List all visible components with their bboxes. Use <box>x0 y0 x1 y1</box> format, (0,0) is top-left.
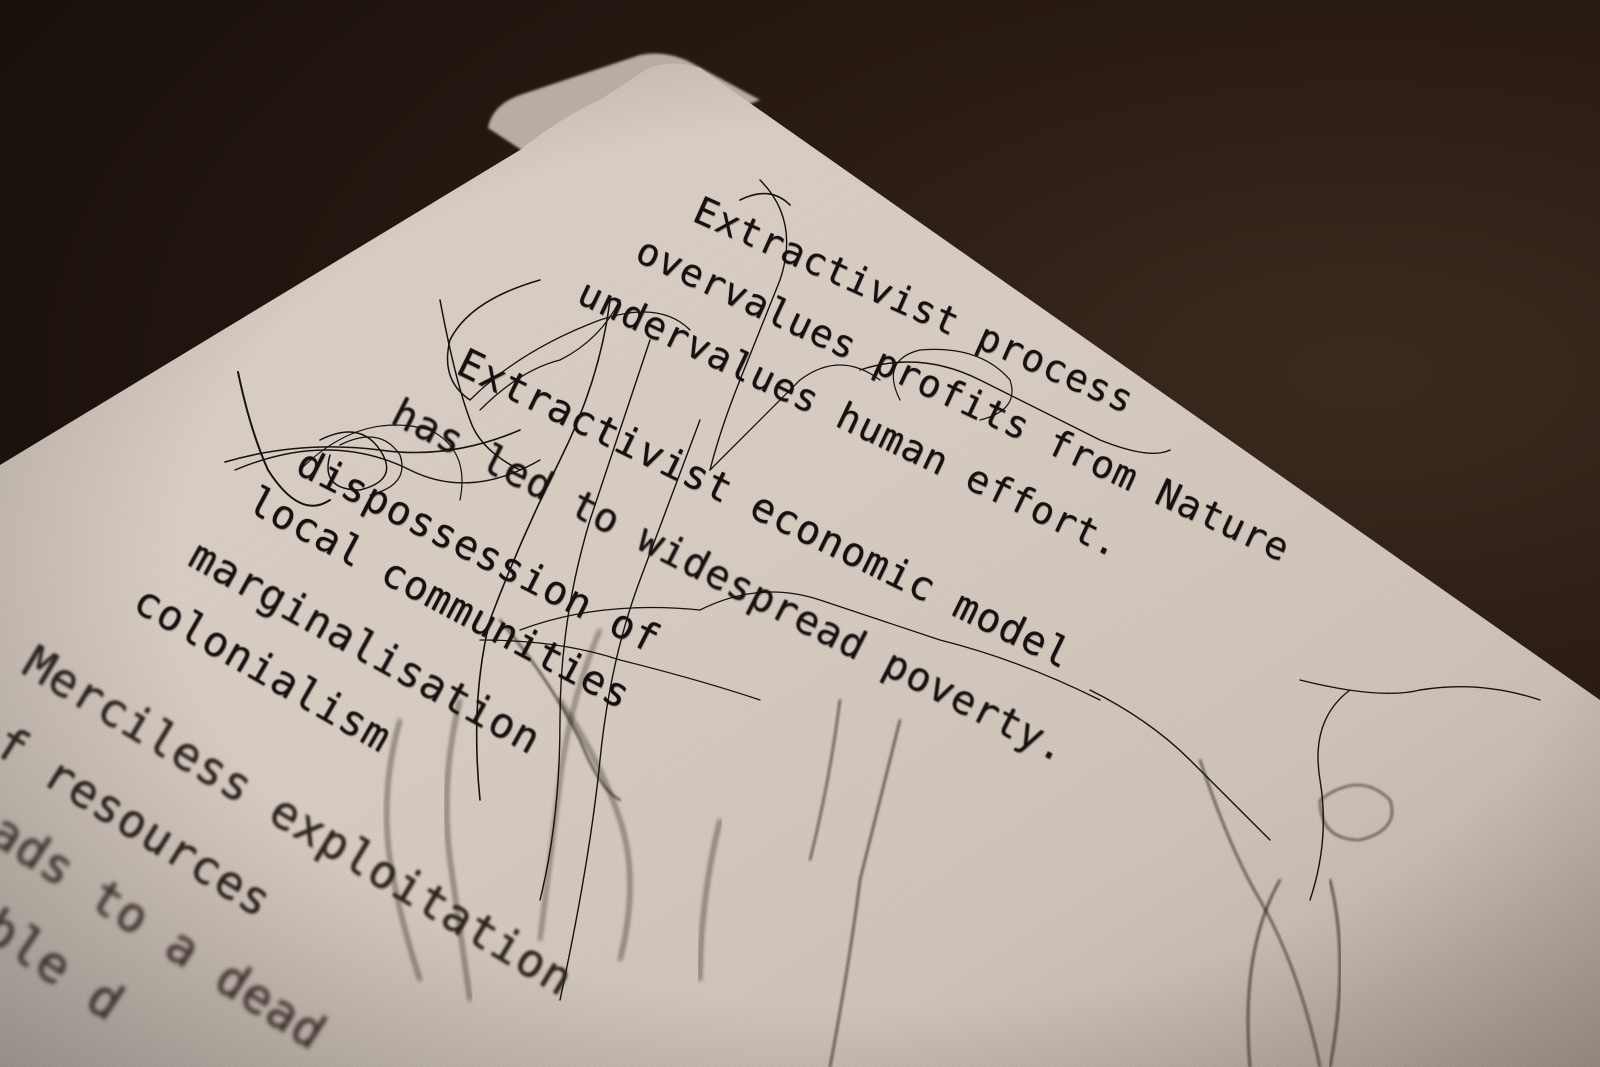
photo-scene: Extractivist process overvalues profits … <box>0 0 1600 1067</box>
